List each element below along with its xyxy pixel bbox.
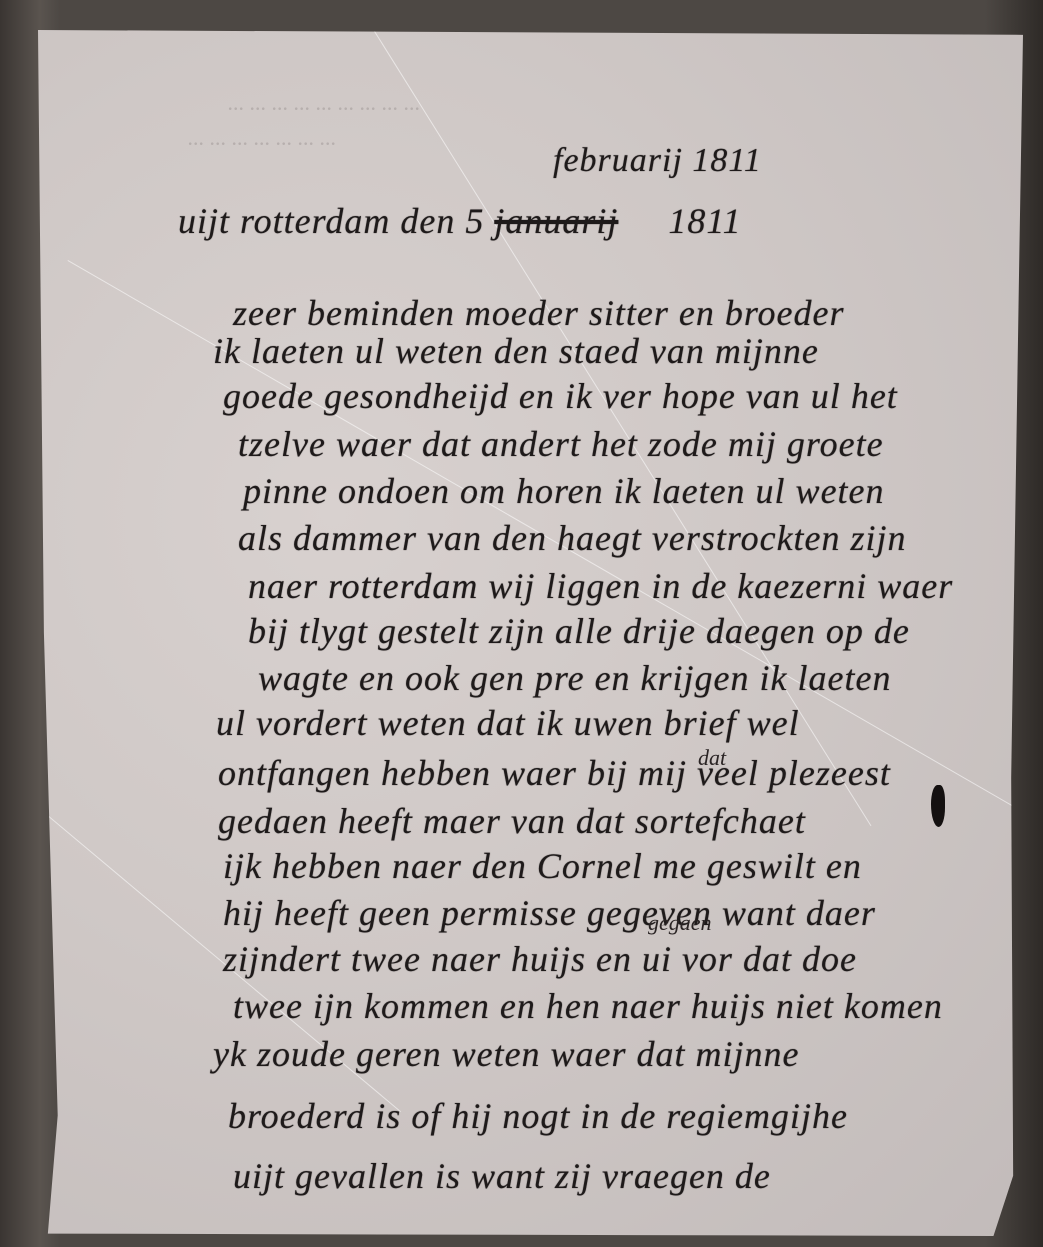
struck-month: januarij	[494, 201, 618, 241]
place-date: uijt rotterdam den 5 januarij 1811	[178, 200, 742, 242]
year: 1811	[668, 201, 741, 241]
ink-blot	[931, 785, 945, 827]
letter-line: naer rotterdam wij liggen in de kaezerni…	[248, 565, 953, 607]
letter-line: yk zoude geren weten waer dat mijnne	[213, 1033, 800, 1075]
letter-line: bij tlygt gestelt zijn alle drije daegen…	[248, 610, 910, 652]
letter-line: ontfangen hebben waer bij mij veel pleze…	[218, 752, 891, 794]
letter-line: ijk hebben naer den Cornel me geswilt en	[223, 845, 862, 887]
place-date-text: uijt rotterdam den 5	[178, 201, 484, 241]
letter-body: februarij 1811 uijt rotterdam den 5 janu…	[38, 30, 1023, 1236]
letter-line: ul vordert weten dat ik uwen brief wel	[216, 702, 800, 744]
letter-line: zijndert twee naer huijs en ui vor dat d…	[223, 938, 857, 980]
letter-line: twee ijn kommen en hen naer huijs niet k…	[233, 985, 943, 1027]
letter-line: goede gesondheijd en ik ver hope van ul …	[223, 375, 898, 417]
letter-line: uijt gevallen is want zij vraegen de	[233, 1155, 771, 1197]
letter-sheet: ... ... ... ... ... ... ... ... ... ... …	[38, 30, 1023, 1236]
date-correction: februarij 1811	[553, 142, 762, 180]
letter-line: wagte en ook gen pre en krijgen ik laete…	[258, 657, 891, 699]
letter-line: tzelve waer dat andert het zode mij groe…	[238, 423, 884, 465]
letter-line: broederd is of hij nogt in de regiemgijh…	[228, 1095, 848, 1137]
interlinear-insertion: gegaen	[648, 910, 712, 936]
letter-line: als dammer van den haegt verstrockten zi…	[238, 517, 907, 559]
letter-line: ik laeten ul weten den staed van mijnne	[213, 330, 819, 372]
letter-line: pinne ondoen om horen ik laeten ul weten	[243, 470, 885, 512]
letter-line: hij heeft geen permisse gegeven want dae…	[223, 892, 876, 934]
letter-line: gedaen heeft maer van dat sortefchaet	[218, 800, 806, 842]
letter-line: zeer beminden moeder sitter en broeder	[233, 292, 845, 334]
